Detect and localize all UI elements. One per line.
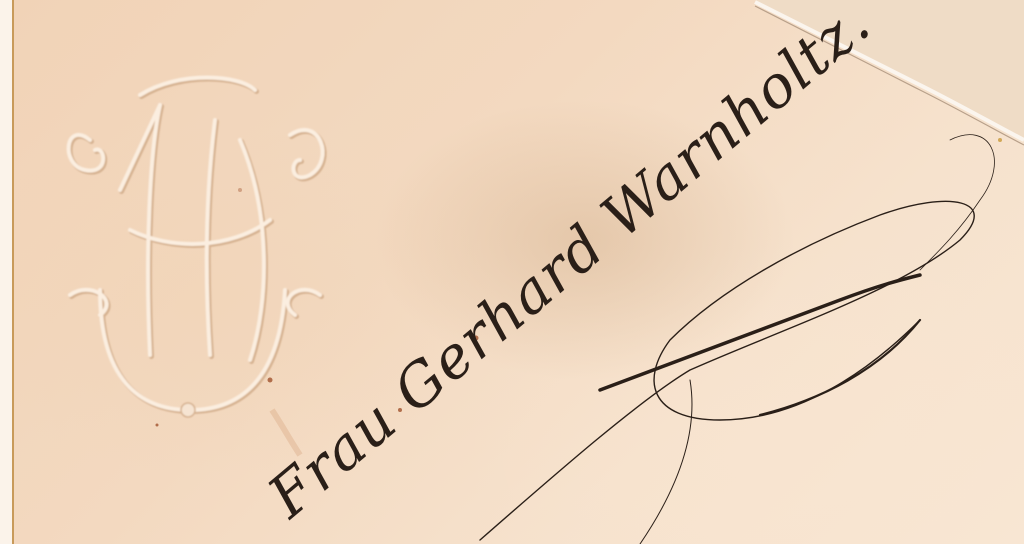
card-artwork: Frau Gerhard Warnholtz. (0, 0, 1024, 544)
embossed-monogram-icon (69, 78, 325, 418)
foxing-stains (156, 138, 1003, 455)
calligraphic-flourish (480, 135, 994, 544)
card-inscription: Frau Gerhard Warnholtz. (255, 0, 883, 531)
